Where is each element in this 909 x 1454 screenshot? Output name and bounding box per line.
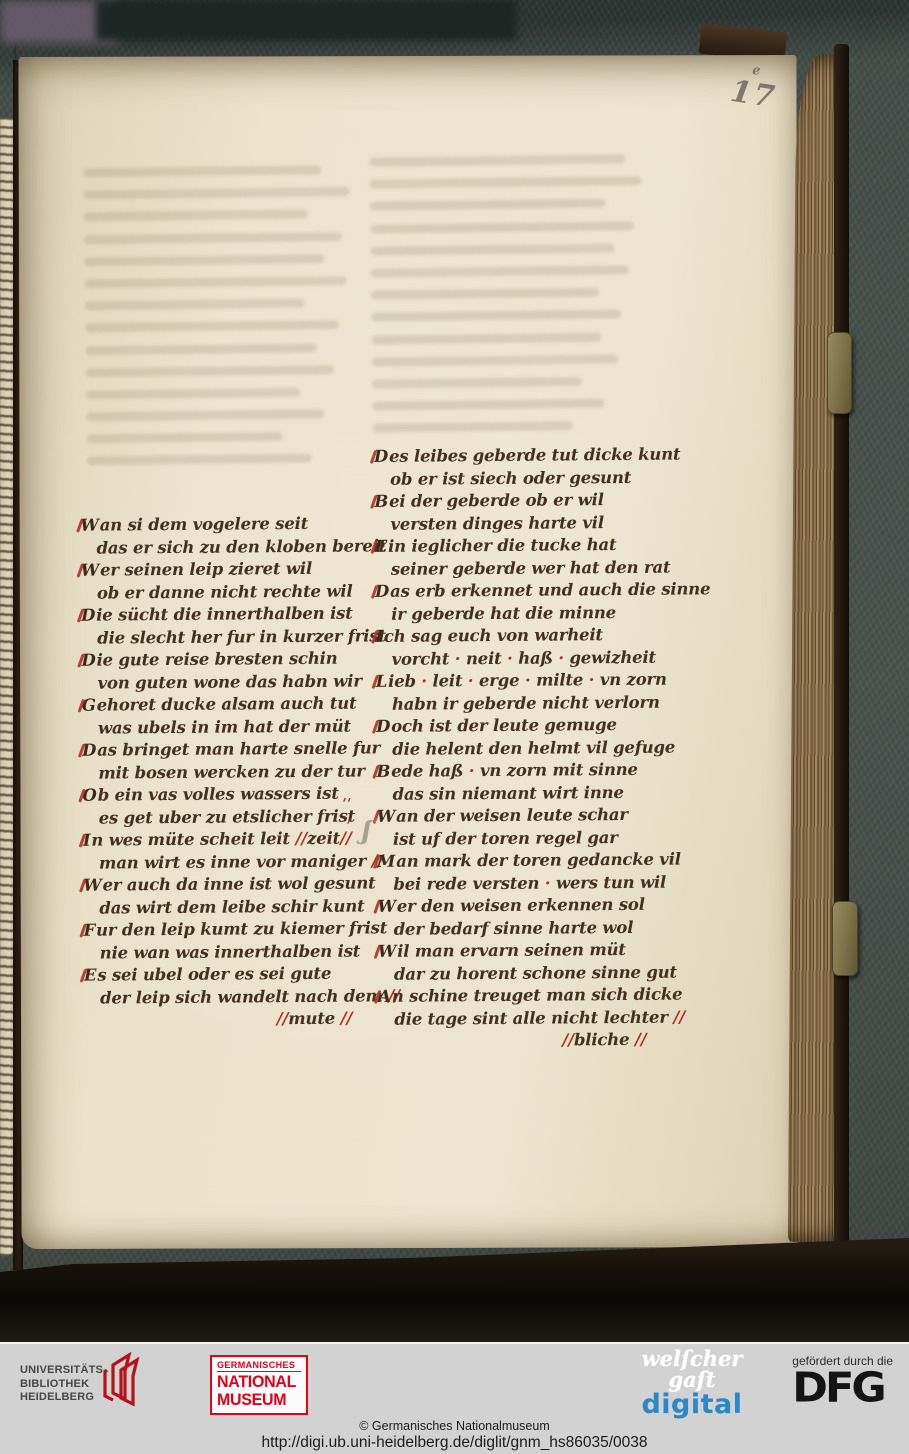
manuscript-line: Es sei ubel oder es sei gute [84,963,404,988]
gnm-line2: NATIONAL [217,1373,296,1391]
ghost-line [83,165,321,177]
manuscript-line: der bedarf sinne harte wol [378,917,698,942]
manuscript-line: Die sücht die innerthalben ist [81,603,401,628]
manuscript-line: Des leibes geberde tut dicke kunt [374,444,694,469]
ghost-line [371,310,621,322]
manuscript-line: Das erb erkennet und auch die sinne [375,579,695,604]
manuscript-line: Lieb · leit · erge · milte · vn zorn [376,669,696,694]
manuscript-line: was ubels in im hat der müt [82,716,402,741]
manuscript-line: In wes müte scheit leit //zeit// [83,828,403,853]
footer-bar: UNIVERSITÄTS- BIBLIOTHEK HEIDELBERG GERM… [0,1342,909,1454]
pen-mark: ʹʹ [342,796,351,814]
manuscript-line: ob er ist siech oder gesunt [374,467,694,492]
ub-heidelberg-book-icon [93,1352,147,1410]
ghost-line [86,365,334,377]
image-caption: © Germanisches Nationalmuseum http://dig… [0,1419,909,1452]
manuscript-line: mit bosen wercken zu der tur [82,761,402,786]
manuscript-line: Ob ein vas volles wassers ist [82,783,402,808]
manuscript-line: Wan der weisen leute schar [377,804,697,829]
manuscript-line: der leip sich wandelt nach dem // [84,986,404,1011]
gnm-line3: MUSEUM [217,1391,296,1409]
ghost-line [85,320,339,332]
manuscript-line: das sin niemant wirt inne [377,782,697,807]
ghost-line [372,332,602,344]
gnm-line1: GERMANISCHES [217,1360,301,1372]
manuscript-line: Wan si dem vogelere seit [80,513,400,538]
ghost-line [87,454,312,466]
copyright-line: © Germanisches Nationalmuseum [0,1419,909,1433]
book-photograph: e17 Wan si dem vogelere seitdas er sich … [0,0,909,1342]
ghost-line [370,243,614,255]
manuscript-line: Ich sag euch von warheit [375,624,695,649]
manuscript-line: Bede haß · vn zorn mit sinne [376,759,696,784]
manuscript-line: Doch ist der leute gemuge [376,714,696,739]
ghost-line [371,265,629,277]
wg-line1: welſcher [628,1348,756,1369]
manuscript-line: Fur den leip kumt zu kiemer frist [83,918,403,943]
manuscript-line: ir geberde hat die minne [375,602,695,627]
manuscript-line: seiner geberde wer hat den rat [375,557,695,582]
manuscript-line: ob er danne nicht rechte wil [81,581,401,606]
ghost-line [84,254,324,266]
dfg-logo-block: gefördert durch die DFG [792,1354,893,1409]
ghost-line [83,187,349,199]
manuscript-line: habn ir geberde nicht verlorn [376,692,696,717]
ghost-line [369,154,625,166]
manuscript-line: dar zu horent schone sinne gut [378,962,698,987]
leather-tab-lower [832,901,858,976]
folio-number: e17 [728,74,779,116]
ghost-line [370,221,634,233]
ghost-line [86,387,300,399]
manuscript-line: //bliche // [378,1029,698,1054]
manuscript-line: die helent den helmt vil gefuge [376,737,696,762]
manuscript-page: e17 Wan si dem vogelere seitdas er sich … [18,55,799,1249]
right-text-column: Des leibes geberde tut dicke kuntob er i… [374,444,699,1054]
ghost-line [373,421,573,433]
manuscript-line: vorcht · neit · haß · gewizheit [375,647,695,672]
ghost-line [86,409,324,421]
bleedthrough-text-right [369,154,671,446]
manuscript-line: die slecht her fur in kurzer frist [81,626,401,651]
manuscript-line: Ein ieglicher die tucke hat [375,534,695,559]
leather-tab-upper [827,332,852,414]
manuscript-line: nie wan was innerthalben ist [84,941,404,966]
ghost-line [372,377,582,389]
ghost-line [371,288,599,300]
ghost-line [87,432,283,444]
source-url: http://digi.ub.uni-heidelberg.de/diglit/… [0,1434,909,1452]
manuscript-line: Man mark der toren gedancke vil [377,849,697,874]
manuscript-line: Wer den weisen erkennen sol [377,894,697,919]
background-shadow [96,0,516,40]
manuscript-line: Die gute reise bresten schin [81,648,401,673]
manuscript-line: Wer seinen leip zieret wil [81,558,401,583]
wg-line2: gaſt [628,1369,756,1390]
ghost-line [370,199,606,211]
manuscript-line: bei rede versten · wers tun wil [377,872,697,897]
manuscript-line: Bei der geberde ob er wil [374,489,694,514]
manuscript-line: An schine treuget man sich dicke [378,984,698,1009]
manuscript-line: das er sich zu den kloben bereit [80,536,400,561]
book-bottom-shadow [0,1238,909,1342]
ghost-line [85,343,317,355]
left-text-column: Wan si dem vogelere seitdas er sich zu d… [80,513,404,1033]
pen-mark: ʹ [346,818,351,836]
manuscript-line: von guten wone das habn wir [82,671,402,696]
manuscript-line: Das bringet man harte snelle fur [82,738,402,763]
ghost-line [372,354,618,366]
ghost-line [369,176,641,189]
manuscript-line: Wil man ervarn seinen müt [378,939,698,964]
gnm-logo: GERMANISCHES NATIONAL MUSEUM [210,1355,308,1415]
welscher-gast-digital-logo: welſcher gaſt digital [628,1348,756,1419]
ghost-line [84,232,342,244]
dfg-logo: DFG [792,1369,893,1407]
manuscript-line: Wer auch da inne ist wol gesunt [83,873,403,898]
book-cover-right-edge [834,44,849,1256]
ghost-line [85,276,347,288]
manuscript-line: man wirt es inne vor maniger // [83,851,403,876]
ghost-line [84,210,308,222]
ghost-line [85,299,305,311]
folio-annotation: e [752,63,763,78]
manuscript-line: die tage sint alle nicht lechter // [378,1007,698,1032]
bleedthrough-text-left [83,165,377,479]
manuscript-line: Gehoret ducke alsam auch tut [82,693,402,718]
manuscript-line: das wirt dem leibe schir kunt [83,896,403,921]
manuscript-line: es get uber zu etslicher frist [83,806,403,831]
manuscript-line: versten dinges harte vil [374,512,694,537]
manuscript-line: ist uf der toren regel gar [377,827,697,852]
wg-digital-label: digital [628,1391,756,1419]
ghost-line [372,399,604,411]
manuscript-line: //mute // [84,1008,404,1033]
